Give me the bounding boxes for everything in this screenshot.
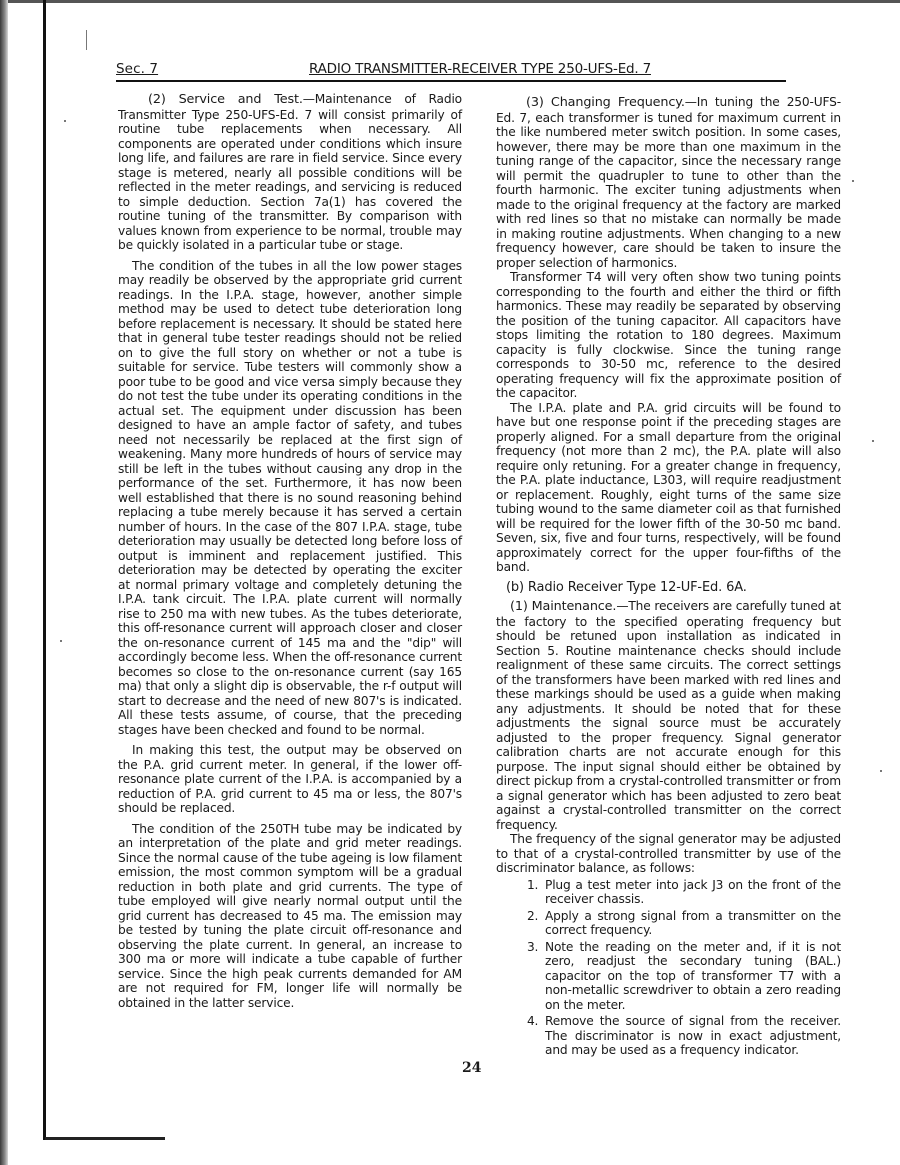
scan-border-line (45, 1137, 165, 1140)
scan-speck (86, 30, 87, 50)
run-in-heading: (1) Maintenance. (510, 599, 616, 614)
paragraph: (3) Changing Frequency.—In tuning the 25… (496, 95, 841, 270)
page-number: 24 (462, 1060, 481, 1076)
scan-edge-left (0, 0, 8, 1165)
paragraph-text: —Maintenance of Radio Transmitter Type 2… (118, 92, 462, 252)
paragraph: (2) Service and Test.—Maintenance of Rad… (118, 92, 462, 253)
paragraph: The I.P.A. plate and P.A. grid circuits … (496, 401, 841, 575)
paragraph: The frequency of the signal generator ma… (496, 832, 841, 876)
paragraph-text: —The receivers are carefully tuned at th… (496, 599, 841, 832)
scan-speck (64, 120, 66, 122)
paragraph: The condition of the 250TH tube may be i… (118, 822, 462, 1011)
scan-speck (880, 770, 882, 772)
document-title: RADIO TRANSMITTER-RECEIVER TYPE 250-UFS-… (309, 61, 651, 77)
run-in-heading: (3) Changing Frequency. (526, 95, 685, 110)
paragraph: (1) Maintenance.—The receivers are caref… (496, 599, 841, 832)
paragraph: Transformer T4 will very often show two … (496, 270, 841, 401)
step-item: Note the reading on the meter and, if it… (542, 940, 841, 1013)
paragraph-text: —In tuning the 250-UFS-Ed. 7, each trans… (496, 95, 841, 270)
scan-speck (852, 180, 854, 182)
step-item: Remove the source of signal from the rec… (542, 1014, 841, 1058)
running-header: Sec. 7 RADIO TRANSMITTER-RECEIVER TYPE 2… (116, 60, 786, 82)
scan-speck (872, 440, 874, 442)
section-label: Sec. 7 (116, 61, 158, 77)
paragraph: The condition of the tubes in all the lo… (118, 259, 462, 738)
left-column: (2) Service and Test.—Maintenance of Rad… (118, 92, 462, 1016)
run-in-heading: (2) Service and Test. (148, 92, 303, 107)
scan-border-line (43, 0, 46, 1140)
paragraph: In making this test, the output may be o… (118, 743, 462, 816)
scan-edge-top (0, 0, 900, 3)
right-column: (3) Changing Frequency.—In tuning the 25… (496, 95, 841, 1060)
scan-speck (60, 640, 62, 642)
procedure-steps: Plug a test meter into jack J3 on the fr… (496, 878, 841, 1058)
subsection-heading: (b) Radio Receiver Type 12-UF-Ed. 6A. (506, 581, 841, 596)
step-item: Plug a test meter into jack J3 on the fr… (542, 878, 841, 907)
step-item: Apply a strong signal from a transmitter… (542, 909, 841, 938)
